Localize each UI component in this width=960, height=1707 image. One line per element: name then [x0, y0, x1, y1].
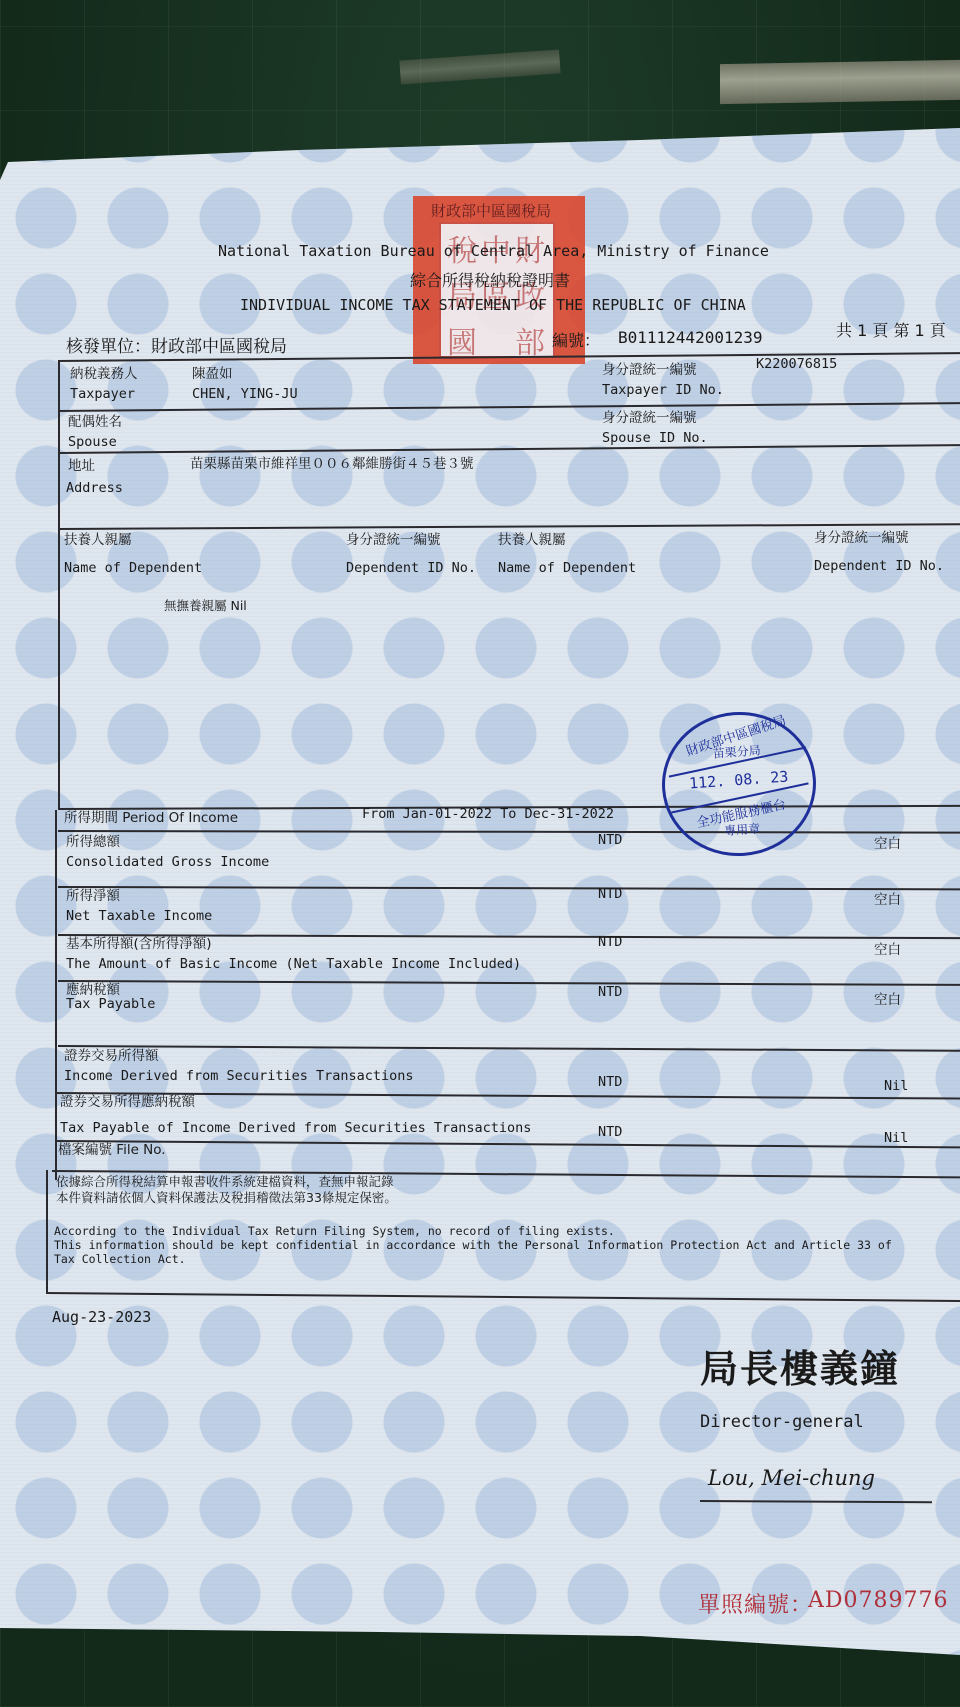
period-value: From Jan-01-2022 To Dec-31-2022 — [362, 806, 614, 822]
table-border-left — [58, 360, 60, 810]
address-value: 苗栗縣苗栗市維祥里００６鄰維勝街４５巷３號 — [190, 452, 474, 472]
taxpayer-id-label-zh: 身分證統一編號 — [602, 358, 697, 378]
dependent-col1-en: Name of Dependent — [64, 560, 202, 576]
securities-income-value: Nil — [884, 1078, 908, 1094]
service-counter-date-stamp: 財政部中區國稅局 苗栗分局 112. 08. 23 全功能服務櫃台 專用章 — [657, 707, 821, 861]
row-divider — [58, 1045, 960, 1051]
dependent-col3-zh: 扶養人親屬 — [498, 528, 566, 548]
dependent-col4-en: Dependent ID No. — [814, 558, 944, 574]
title-en: INDIVIDUAL INCOME TAX STATEMENT OF THE R… — [240, 296, 746, 314]
taxpayer-id-value: K220076815 — [756, 356, 837, 372]
director-title: Director-general — [700, 1412, 864, 1432]
background-tape — [399, 49, 560, 84]
basic-income-currency: NTD — [598, 934, 622, 950]
dependent-col2-zh: 身分證統一編號 — [346, 528, 441, 548]
address-label-en: Address — [66, 480, 123, 496]
tax-payable-label-en: Tax Payable — [66, 996, 155, 1012]
basic-income-value: 空白 — [874, 938, 901, 958]
basic-income-label-zh: 基本所得額(含所得淨額) — [66, 932, 212, 952]
net-income-value: 空白 — [874, 888, 901, 908]
securities-tax-value: Nil — [884, 1130, 908, 1146]
no-dependents-note: 無撫養親屬 Nil — [164, 596, 247, 614]
row-divider — [58, 886, 960, 890]
dependent-col4-zh: 身分證統一編號 — [814, 526, 909, 546]
securities-tax-label-zh: 證券交易所得應納稅額 — [60, 1090, 195, 1110]
issuer: 核發單位：財政部中區國稅局 — [66, 332, 287, 357]
file-number-label: 檔案編號 File No. — [58, 1138, 166, 1158]
gross-income-label-zh: 所得總額 — [66, 830, 120, 850]
number-label: 編號： — [552, 328, 600, 351]
row-divider — [55, 1140, 960, 1148]
taxpayer-name-en: CHEN, YING-JU — [192, 386, 298, 402]
address-label-zh: 地址 — [68, 454, 95, 474]
tax-payable-value: 空白 — [874, 988, 901, 1008]
background-tape — [720, 60, 960, 104]
dependent-col1-zh: 扶養人親屬 — [64, 528, 132, 548]
gross-income-value: 空白 — [874, 832, 901, 852]
basic-income-label-en: The Amount of Basic Income (Net Taxable … — [66, 956, 521, 972]
title-zh: 綜合所得稅納稅證明書 — [410, 268, 570, 291]
note-zh-line2: 本件資料請依個人資料保護法及稅捐稽徵法第33條規定保密。 — [56, 1188, 397, 1206]
serial-label: 單照編號： — [698, 1588, 813, 1619]
securities-tax-currency: NTD — [598, 1124, 622, 1140]
spouse-id-label-zh: 身分證統一編號 — [602, 406, 697, 426]
stamp-date: 112. 08. 23 — [664, 766, 813, 794]
table-border-left — [46, 1170, 48, 1294]
securities-tax-label-en: Tax Payable of Income Derived from Secur… — [60, 1120, 531, 1136]
period-label: 所得期間 Period Of Income — [64, 806, 238, 826]
bureau-name-en: National Taxation Bureau of Central Area… — [218, 242, 769, 260]
table-border-bottom — [46, 1292, 960, 1302]
spouse-label-zh: 配偶姓名 — [68, 410, 122, 430]
page-info: 共 1 頁 第 1 頁 — [836, 318, 946, 341]
tax-statement-paper: 財政部中區國稅局 稅 中 財 局 區 政 國 部 National Taxati… — [0, 0, 960, 1707]
row-divider — [58, 402, 960, 411]
taxpayer-id-label-en: Taxpayer ID No. — [602, 382, 724, 398]
director-signature: Lou, Mei-chung — [708, 1466, 875, 1490]
securities-income-label-en: Income Derived from Securities Transacti… — [64, 1068, 414, 1084]
note-en-line3: Tax Collection Act. — [54, 1252, 186, 1266]
director-name-zh: 局長樓義鐘 — [700, 1338, 900, 1393]
taxpayer-label-en: Taxpayer — [70, 386, 135, 402]
signature-underline — [700, 1500, 932, 1503]
tax-payable-currency: NTD — [598, 984, 622, 1000]
taxpayer-name-zh: 陳盈如 — [192, 362, 233, 382]
net-income-label-en: Net Taxable Income — [66, 908, 212, 924]
spouse-id-label-en: Spouse ID No. — [602, 430, 708, 446]
certificate-number: B01112442001239 — [618, 328, 763, 347]
note-en-line2: This information should be kept confiden… — [54, 1238, 892, 1252]
issue-date: Aug-23-2023 — [52, 1308, 151, 1326]
dependent-col3-en: Name of Dependent — [498, 560, 636, 576]
net-income-label-zh: 所得淨額 — [66, 884, 120, 904]
taxpayer-label-zh: 納稅義務人 — [70, 362, 138, 382]
row-divider — [58, 830, 960, 833]
spouse-label-en: Spouse — [68, 434, 117, 450]
gross-income-currency: NTD — [598, 832, 622, 848]
note-en-line1: According to the Individual Tax Return F… — [54, 1224, 615, 1238]
gross-income-label-en: Consolidated Gross Income — [66, 854, 269, 870]
serial-number: AD0789776 — [808, 1588, 949, 1613]
securities-income-label-zh: 證券交易所得額 — [64, 1044, 159, 1064]
row-divider — [58, 980, 960, 986]
dependent-col2-en: Dependent ID No. — [346, 560, 476, 576]
tax-payable-label-zh: 應納稅額 — [66, 978, 120, 998]
net-income-currency: NTD — [598, 886, 622, 902]
seal-caption: 財政部中區國稅局 — [431, 200, 551, 221]
securities-income-currency: NTD — [598, 1074, 622, 1090]
table-border-left — [55, 810, 57, 1180]
